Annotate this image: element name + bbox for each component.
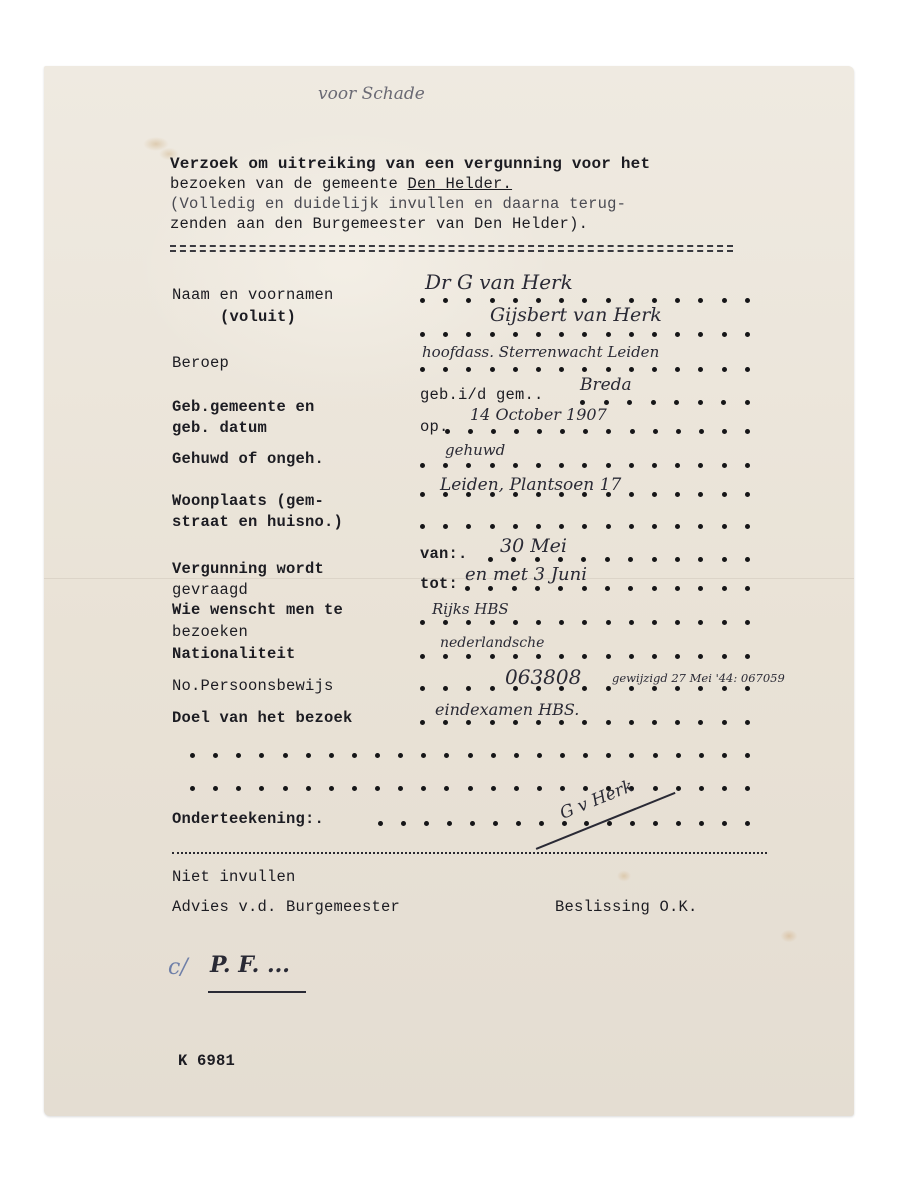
footer-advies: Advies v.d. Burgemeester — [172, 898, 400, 916]
dot-row — [445, 429, 750, 435]
label-vergunning-2: gevraagd — [172, 581, 248, 599]
footer-niet-invullen: Niet invullen — [172, 868, 296, 886]
dot-row — [488, 557, 750, 563]
label-wie-2: bezoeken — [172, 623, 248, 641]
header-double-rule-2 — [170, 250, 733, 252]
header-line-3: (Volledig en duidelijk invullen en daarn… — [170, 195, 626, 213]
footer-beslissing: Beslissing O.K. — [555, 898, 698, 916]
dot-row — [420, 463, 750, 469]
label-naam-sub: (voluit) — [220, 308, 296, 326]
label-beroep: Beroep — [172, 354, 229, 372]
value-wie: Rijks HBS — [432, 600, 509, 618]
value-geb-gem: Breda — [580, 375, 632, 395]
value-naam-1: Dr G van Herk — [425, 270, 573, 294]
mayor-signature-underline — [208, 991, 306, 993]
dot-row — [420, 620, 750, 626]
label-naam: Naam en voornamen — [172, 286, 334, 304]
header-title: Verzoek om uitreiking van een vergunning… — [170, 155, 650, 173]
footer-divider — [172, 852, 767, 854]
dot-row-full — [190, 786, 750, 792]
header-line-4: zenden aan den Burgemeester van Den Held… — [170, 215, 588, 233]
value-tot: en met 3 Juni — [465, 564, 587, 585]
dot-row — [420, 367, 750, 373]
value-geb-datum: 14 October 1907 — [470, 405, 607, 424]
value-naam-2: Gijsbert van Herk — [490, 304, 662, 326]
label-persoonsbewijs: No.Persoonsbewijs — [172, 677, 334, 695]
value-persoonsbewijs: 063808 — [505, 665, 581, 689]
geb-datum-prefix: op. — [420, 418, 449, 436]
dot-row — [420, 332, 750, 338]
label-vergunning-1: Vergunning wordt — [172, 560, 324, 578]
value-woonplaats: Leiden, Plantsoen 17 — [440, 475, 621, 495]
tot-prefix: tot: — [420, 575, 458, 593]
label-geb-2: geb. datum — [172, 419, 267, 437]
mayor-signature: P. F. ... — [210, 952, 290, 978]
dot-row — [420, 524, 750, 530]
header-double-rule — [170, 245, 733, 247]
value-persoonsbewijs-note: gewijzigd 27 Mei '44: 067059 — [612, 671, 785, 685]
header-place: Den Helder. — [408, 175, 513, 193]
reference-number: K 6981 — [178, 1052, 235, 1070]
pencil-note: voor Schade — [318, 84, 425, 104]
dot-row — [420, 654, 750, 660]
label-nationaliteit: Nationaliteit — [172, 645, 296, 663]
label-geb-1: Geb.gemeente en — [172, 398, 315, 416]
dot-row — [420, 720, 750, 726]
value-doel: eindexamen HBS. — [435, 700, 579, 719]
label-doel: Doel van het bezoek — [172, 709, 353, 727]
header-line-2-prefix: bezoeken van de gemeente — [170, 175, 408, 193]
value-nationaliteit: nederlandsche — [440, 635, 544, 651]
header-line-2: bezoeken van de gemeente Den Helder. — [170, 175, 512, 193]
label-gehuwd: Gehuwd of ongeh. — [172, 450, 324, 468]
geb-gem-prefix: geb.i/d gem.. — [420, 386, 544, 404]
label-wie-1: Wie wenscht men te — [172, 601, 343, 619]
dot-row-full — [190, 753, 750, 759]
dot-row — [465, 586, 750, 592]
label-woonplaats-2: straat en huisno.) — [172, 513, 343, 531]
van-prefix: van:. — [420, 545, 468, 563]
label-woonplaats-1: Woonplaats (gem- — [172, 492, 324, 510]
dot-row — [420, 686, 750, 692]
value-beroep: hoofdass. Sterrenwacht Leiden — [422, 343, 659, 361]
value-van: 30 Mei — [500, 535, 567, 557]
label-ondertekening: Onderteekening:. — [172, 810, 324, 828]
value-gehuwd: gehuwd — [445, 441, 505, 459]
mayor-mark: c/ — [168, 955, 188, 980]
